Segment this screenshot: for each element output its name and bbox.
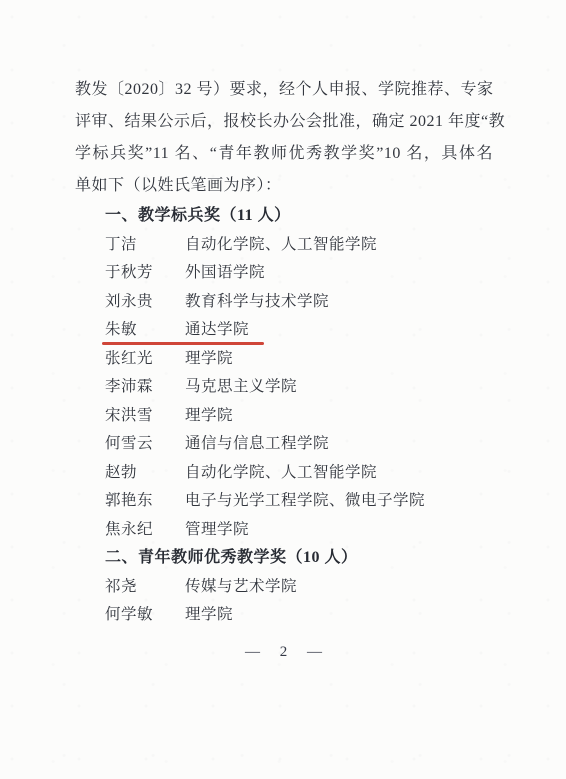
- award-entry: 郭艳东 电子与光学工程学院、微电子学院: [105, 487, 493, 516]
- awardee-dept: 通达学院: [185, 316, 493, 345]
- award-entry: 宋洪雪 理学院: [105, 402, 493, 431]
- awardee-dept: 教育科学与技术学院: [185, 288, 493, 317]
- awardee-name: 朱敏: [105, 316, 185, 345]
- document-content: 教发〔2020〕32 号）要求，经个人申报、学院推荐、专家 评审、结果公示后，报…: [75, 74, 493, 661]
- intro-line: 教发〔2020〕32 号）要求，经个人申报、学院推荐、专家: [75, 74, 493, 106]
- awardee-name: 宋洪雪: [105, 402, 185, 431]
- award-entry: 何学敏 理学院: [105, 601, 493, 630]
- awardee-dept: 自动化学院、人工智能学院: [185, 459, 493, 488]
- award-entry-highlighted: 朱敏 通达学院: [105, 316, 493, 345]
- awardee-dept: 理学院: [185, 345, 493, 374]
- section-heading-1: 一、教学标兵奖（11 人）: [105, 202, 493, 231]
- awardee-name: 丁洁: [105, 231, 185, 260]
- awardee-dept: 通信与信息工程学院: [185, 430, 493, 459]
- award-entry: 李沛霖 马克思主义学院: [105, 373, 493, 402]
- awardee-name: 刘永贵: [105, 288, 185, 317]
- awardee-dept: 电子与光学工程学院、微电子学院: [185, 487, 493, 516]
- awardee-dept: 自动化学院、人工智能学院: [185, 231, 493, 260]
- scanned-document-page: 教发〔2020〕32 号）要求，经个人申报、学院推荐、专家 评审、结果公示后，报…: [0, 0, 566, 779]
- award-entry: 赵勃 自动化学院、人工智能学院: [105, 459, 493, 488]
- awardee-name: 何学敏: [105, 601, 185, 630]
- award-entry: 焦永纪 管理学院: [105, 516, 493, 545]
- section-heading-2: 二、青年教师优秀教学奖（10 人）: [105, 544, 493, 573]
- awardee-name: 张红光: [105, 345, 185, 374]
- award-entry: 丁洁 自动化学院、人工智能学院: [105, 231, 493, 260]
- award-entry: 祁尧 传媒与艺术学院: [105, 573, 493, 602]
- awardee-dept: 传媒与艺术学院: [185, 573, 493, 602]
- awardee-dept: 理学院: [185, 402, 493, 431]
- intro-line: 评审、结果公示后，报校长办公会批准，确定 2021 年度“教: [75, 106, 493, 138]
- awardee-name: 李沛霖: [105, 373, 185, 402]
- intro-line: 单如下（以姓氏笔画为序）：: [75, 170, 493, 202]
- awardee-name: 何雪云: [105, 430, 185, 459]
- award-entry: 刘永贵 教育科学与技术学院: [105, 288, 493, 317]
- awardee-dept: 外国语学院: [185, 259, 493, 288]
- awardee-dept: 管理学院: [185, 516, 493, 545]
- awardee-dept: 理学院: [185, 601, 493, 630]
- award-list: 一、教学标兵奖（11 人） 丁洁 自动化学院、人工智能学院 于秋芳 外国语学院 …: [105, 202, 493, 630]
- awardee-name: 郭艳东: [105, 487, 185, 516]
- intro-line: 学标兵奖”11 名、“青年教师优秀教学奖”10 名，具体名: [75, 138, 493, 170]
- award-entry: 张红光 理学院: [105, 345, 493, 374]
- awardee-name: 赵勃: [105, 459, 185, 488]
- intro-paragraph: 教发〔2020〕32 号）要求，经个人申报、学院推荐、专家 评审、结果公示后，报…: [75, 74, 493, 202]
- awardee-name: 焦永纪: [105, 516, 185, 545]
- awardee-name: 于秋芳: [105, 259, 185, 288]
- page-number: — 2 —: [75, 644, 493, 661]
- award-entry: 于秋芳 外国语学院: [105, 259, 493, 288]
- awardee-dept: 马克思主义学院: [185, 373, 493, 402]
- award-entry: 何雪云 通信与信息工程学院: [105, 430, 493, 459]
- awardee-name: 祁尧: [105, 573, 185, 602]
